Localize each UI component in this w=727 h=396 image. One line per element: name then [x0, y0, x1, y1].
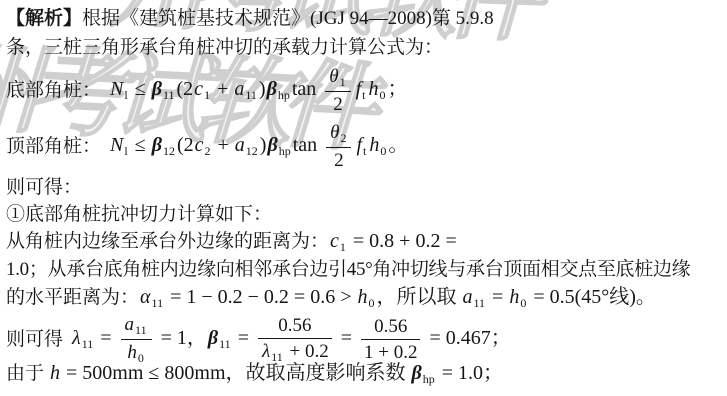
math-subscript: 11 [245, 88, 257, 102]
formula-bottom-pile-line: 底部角桩： Nl ≤ β11(2c1 + a11)βhptan θ12fth0； [6, 62, 408, 118]
math-text: = 0.8 + 0.2 = [348, 230, 457, 252]
math-variable: h [508, 286, 520, 308]
fraction-denominator: 1 + 0.2 [361, 339, 420, 364]
lambda-beta-calc-label: 则可得 [6, 328, 63, 351]
punching-line-description: 1.0；从承台底角桩内边缘向相邻承台边引45°角冲切线与承台顶面相交点至底桩边缘 [6, 258, 690, 281]
math-variable: β [151, 78, 163, 100]
math-variable: h [368, 78, 380, 100]
result-intro-line: 则可得： [6, 176, 82, 199]
math-subscript: t [362, 88, 365, 102]
formula-bottom-pile-math: Nl ≤ β11(2c1 + a11)βhptan θ12fth0； [109, 65, 408, 116]
step1-heading-text: ①底部角桩抗冲切力计算如下： [6, 204, 272, 225]
lambda-beta-calc-math: λ11 = a11h0 = 1，β11 = 0.56λ11 + 0.2 = 0.… [71, 313, 511, 366]
math-variable: f [355, 134, 363, 156]
height-factor-line: 由于h = 500mm ≤ 800mm，故取高度影响系数 βhp = 1.0； [6, 362, 503, 387]
math-subscript: 12 [163, 144, 175, 158]
math-subscript: 1 [340, 75, 346, 89]
math-subscript: t [363, 144, 366, 158]
step1-heading-line: ①底部角桩抗冲切力计算如下： [6, 203, 272, 226]
math-subscript: 1 [204, 88, 210, 102]
math-variable: c [329, 230, 340, 252]
fraction-denominator: 2 [326, 147, 351, 172]
math-text: tan [293, 134, 322, 156]
fraction-numerator: θ1 [325, 65, 350, 91]
formula-top-pile-line: 顶部角桩： Nl ≤ β12(2c2 + a12)βhptan θ22fth0。 [6, 117, 408, 175]
analysis-heading-line: 【解析】根据《建筑桩基技术规范》(JGJ 94—2008)第 5.9.8 [6, 7, 494, 30]
math-text: = [336, 327, 357, 349]
math-subscript: 11 [82, 337, 94, 351]
math-text: 2 [334, 150, 344, 171]
math-variable: h [49, 362, 61, 384]
math-text: = 0.467； [424, 327, 510, 349]
math-variable: h [356, 286, 368, 308]
height-factor-label: 由于 [6, 363, 44, 384]
math-subscript: hp [279, 144, 291, 158]
math-variable: h [126, 342, 138, 363]
math-text: + [212, 78, 233, 100]
math-text: = [233, 327, 254, 349]
math-text: (2 [177, 134, 194, 156]
math-text: = [95, 327, 116, 349]
fraction-numerator: a11 [121, 313, 152, 339]
math-variable: α [139, 286, 152, 308]
formula-top-pile-math: Nl ≤ β12(2c2 + a12)βhptan θ22fth0。 [109, 121, 408, 172]
math-variable: a [124, 314, 136, 335]
math-variable: β [411, 362, 423, 384]
math-variable: θ [329, 122, 340, 143]
math-variable: β [266, 78, 278, 100]
math-variable: β [266, 134, 278, 156]
math-subscript: 11 [152, 296, 164, 310]
math-variable: N [109, 134, 124, 156]
math-text: 0.56 [374, 316, 407, 337]
height-factor-math: h = 500mm ≤ 800mm，故取高度影响系数 βhp = 1.0； [49, 362, 503, 384]
math-variable: c [194, 134, 205, 156]
math-subscript: 0 [368, 296, 374, 310]
math-fraction: θ12 [325, 65, 350, 116]
math-text: 0.56 [278, 315, 311, 336]
formula-top-pile-label: 顶部角桩： [6, 135, 101, 158]
horizontal-distance-math: α11 = 1 − 0.2 − 0.2 = 0.6 > h0，所以取 a11 =… [139, 286, 656, 308]
math-text: 2 [333, 94, 343, 115]
math-fraction: θ22 [326, 121, 351, 172]
math-text: = 0.5(45°线)。 [528, 286, 656, 308]
math-variable: a [461, 286, 473, 308]
math-text: = 1.0； [437, 362, 503, 384]
math-text: + 0.2 [285, 341, 329, 362]
math-subscript: 0 [380, 144, 386, 158]
math-text: + [213, 134, 234, 156]
math-subscript: hp [278, 88, 290, 102]
math-text: tan [292, 78, 321, 100]
math-variable: a [233, 78, 245, 100]
math-fraction: 0.561 + 0.2 [361, 315, 420, 364]
math-fraction: 0.56λ11 + 0.2 [258, 314, 332, 365]
math-variable: c [193, 78, 204, 100]
math-subscript: hp [423, 372, 435, 386]
fraction-numerator: θ2 [326, 121, 351, 147]
analysis-label: 【解析】 [6, 8, 82, 29]
result-intro-text: 则可得： [6, 177, 82, 198]
math-subscript: 11 [473, 296, 485, 310]
math-variable: h [368, 134, 380, 156]
math-text: = 1， [156, 327, 207, 349]
math-subscript: l [124, 144, 127, 158]
math-variable: θ [328, 66, 339, 87]
math-text: 。 [388, 134, 408, 156]
math-subscript: 11 [219, 337, 231, 351]
lambda-beta-calc-line: 则可得 λ11 = a11h0 = 1，β11 = 0.56λ11 + 0.2 … [6, 313, 511, 365]
punching-line-text: 1.0；从承台底角桩内边缘向相邻承台边引45°角冲切线与承台顶面相交点至底桩边缘 [6, 259, 690, 280]
intro-text: 条，三桩三角形承台角桩冲切的承载力计算公式为： [6, 37, 443, 58]
math-subscript: l [124, 88, 127, 102]
math-subscript: 2 [340, 131, 346, 145]
math-text: = [487, 286, 508, 308]
distance-c1-math: c1 = 0.8 + 0.2 = [329, 230, 457, 252]
math-subscript: 1 [340, 240, 346, 254]
math-text: ≤ [130, 134, 151, 156]
math-text: (2 [177, 78, 194, 100]
fraction-numerator: 0.56 [361, 315, 420, 339]
fraction-denominator: 2 [325, 91, 350, 116]
distance-c1-line: 从角桩内边缘至承台外边缘的距离为：c1 = 0.8 + 0.2 = [6, 230, 457, 255]
math-subscript: 11 [163, 88, 175, 102]
math-variable: λ [71, 327, 82, 349]
math-text: ； [388, 78, 408, 100]
math-subscript: 0 [380, 88, 386, 102]
intro-line: 条，三桩三角形承台角桩冲切的承载力计算公式为： [6, 36, 443, 59]
math-text: = 500mm ≤ 800mm，故取高度影响系数 [61, 362, 410, 384]
distance-c1-label: 从角桩内边缘至承台外边缘的距离为： [6, 231, 329, 252]
math-text: ) [259, 78, 266, 100]
analysis-reference-text: 根据《建筑桩基技术规范》(JGJ 94—2008)第 5.9.8 [82, 8, 494, 29]
fraction-denominator: λ11 + 0.2 [258, 338, 332, 365]
math-text: 1 + 0.2 [364, 342, 417, 363]
math-text: = 1 − 0.2 − 0.2 = 0.6 > [165, 286, 356, 308]
math-subscript: 0 [520, 296, 526, 310]
math-fraction: a11h0 [121, 313, 152, 366]
math-variable: β [151, 134, 163, 156]
math-variable: λ [261, 341, 271, 362]
math-variable: a [234, 134, 246, 156]
document-page: 州考试软件 州考试软件 【解析】根据《建筑桩基技术规范》(JGJ 94—2008… [0, 0, 727, 396]
formula-bottom-pile-label: 底部角桩： [6, 79, 101, 102]
math-subscript: 11 [135, 323, 147, 337]
horizontal-distance-line: 的水平距离为：α11 = 1 − 0.2 − 0.2 = 0.6 > h0，所以… [6, 286, 656, 311]
horizontal-distance-label: 的水平距离为： [6, 287, 139, 308]
math-text: ，所以取 [376, 286, 461, 308]
math-variable: β [207, 327, 219, 349]
math-variable: N [109, 78, 124, 100]
math-text: ≤ [130, 78, 151, 100]
math-subscript: 2 [205, 144, 211, 158]
math-subscript: 12 [246, 144, 258, 158]
fraction-numerator: 0.56 [258, 314, 332, 338]
